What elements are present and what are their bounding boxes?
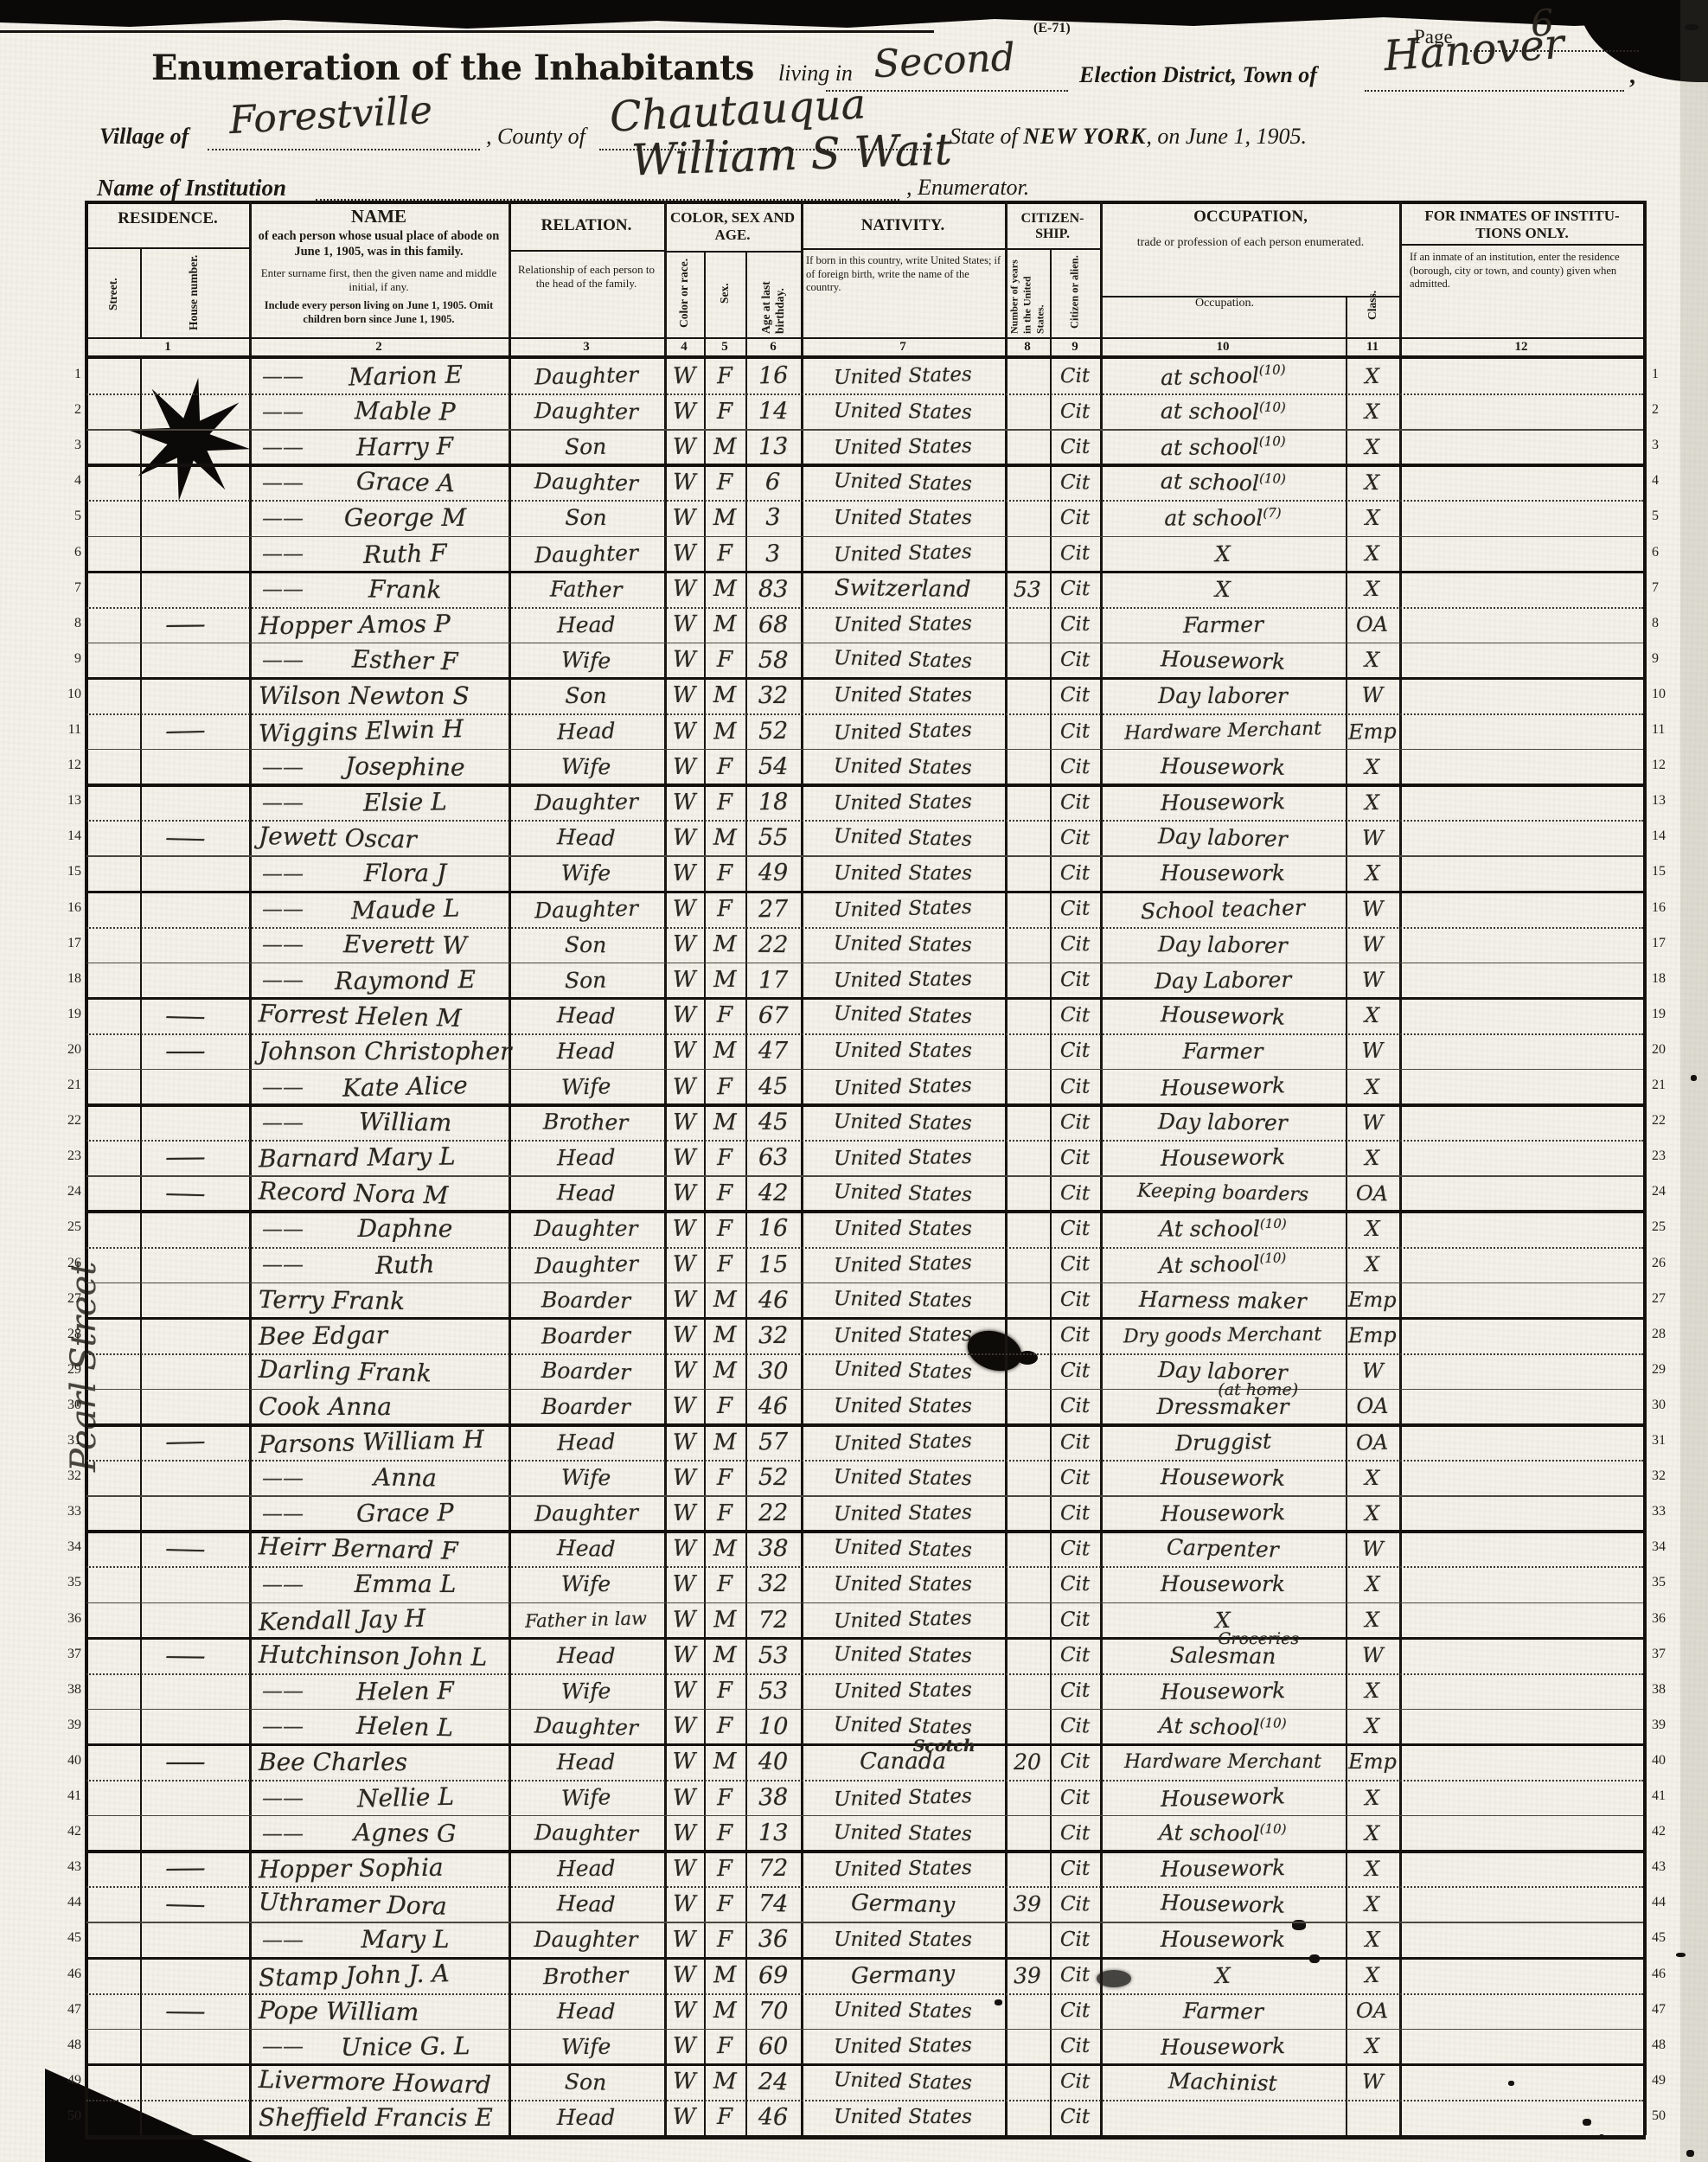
handwriting: M [713,1642,737,1668]
row-43-color: W [665,1851,703,1886]
row-16-color: W [665,892,703,927]
row-9-color: W [665,643,703,678]
row-13-occupation: Housework [1101,784,1345,820]
row-28-sex: M [705,1318,745,1353]
handwriting: Emma L [355,1570,457,1598]
handwriting: at school(10) [1160,398,1285,425]
row-36-sex: M [705,1602,745,1638]
row-34-citizen: Cit [1051,1531,1099,1566]
row-8-occupation: Farmer [1101,607,1345,643]
row-37-age: 53 [746,1638,800,1673]
row-41-age: 38 [746,1780,800,1815]
row-17-occupation: Day laborer [1101,927,1345,963]
handwriting: Cit [1060,1110,1091,1133]
handwriting: United States [834,1218,972,1240]
handwriting: X [1365,1928,1379,1952]
citizen-label: Citizen or alien. [1052,251,1098,334]
handwriting: W [672,398,695,424]
row-25-nativity: United States [802,1211,1004,1246]
row-number-left: 45 [52,1930,81,1946]
row-11-citizen: Cit [1051,713,1099,749]
row-48-class: X [1347,2029,1398,2064]
handwriting: W [672,1607,695,1634]
handwriting: Hutchinson John L [250,1640,488,1671]
handwriting: Keeping boarders [1137,1180,1309,1206]
handwriting: Esther F [352,644,458,675]
row-39-sex: F [705,1709,745,1744]
name-desc2: Enter surname first, then the given name… [259,266,498,295]
row-35-occupation: Housework [1101,1566,1345,1602]
row-48-sex: F [705,2029,745,2064]
row-33-age: 22 [746,1495,800,1531]
handwriting: Cit [1060,826,1091,849]
handwriting: United States [834,1323,972,1347]
handwriting: Cit [1060,1609,1091,1632]
grid-line [1100,296,1399,297]
handwriting: 72 [758,1606,788,1634]
row-25-color: W [665,1211,703,1246]
handwriting: United States [834,400,972,424]
handwriting: W [673,2104,696,2130]
row-31-name: Parsons William H [250,1424,507,1460]
handwriting: W [672,1820,695,1845]
row-38-class: X [1347,1673,1398,1709]
handwriting: 38 [758,1535,788,1563]
row-number-left: 49 [52,2073,81,2088]
handwriting: OA [1356,1394,1388,1418]
handwriting: W [672,576,695,602]
handwriting: United States [834,790,972,815]
row-11-relation: Head [509,713,662,749]
handwriting: —— [250,577,304,601]
state-name: NEW YORK [1023,124,1146,149]
handwriting: 49 [758,860,788,886]
handwriting: Boarder [541,1358,631,1385]
row-16-sex: F [705,892,745,927]
row-23-sex: F [705,1140,745,1175]
grid-line [1399,244,1643,246]
school-months-note: (10) [1260,1216,1287,1231]
handwriting: OA [1356,1430,1389,1455]
handwriting: Cit [1060,1644,1091,1666]
handwriting: United States [834,647,972,673]
handwriting: X [1365,363,1380,387]
handwriting: X [1365,1146,1379,1170]
row-50-age: 46 [746,2100,800,2135]
row-34-name: Heirr Bernard F [250,1531,507,1566]
handwriting: 3 [765,540,781,566]
handwriting: — [125,1995,206,2026]
handwriting: United States [834,1395,972,1417]
handwriting: W [672,647,695,674]
school-months-note: (10) [1259,399,1286,414]
row-number-left: 35 [52,1575,81,1590]
handwriting: Cit [1060,1573,1090,1596]
handwriting: Cit [1060,1858,1091,1880]
handwriting: United States [834,684,972,707]
scan-speck [1686,2150,1694,2157]
row-42-citizen: Cit [1051,1815,1099,1851]
handwriting: 32 [758,1322,789,1349]
handwriting: — [125,822,207,854]
handwriting: W [673,1393,696,1419]
row-32-sex: F [705,1460,745,1495]
handwriting: Machinist [1168,2068,1277,2095]
handwriting: —— [250,470,304,495]
column-number-12: 12 [1495,338,1547,355]
handwriting: X [1215,1962,1231,1987]
row-4-name: ——Grace A [250,464,507,500]
row-23-occupation: Housework [1101,1140,1345,1175]
row-30-occupation: Dressmaker(at home) [1101,1389,1345,1424]
row-48-color: W [665,2029,703,2064]
row-number-left: 47 [52,2002,81,2018]
row-28-relation: Boarder [509,1318,662,1353]
row-39-class: X [1347,1709,1398,1744]
handwriting: W [672,825,695,852]
handwriting: 60 [758,2033,789,2060]
row-number-right: 2 [1652,402,1681,418]
census-scan-page: (E-71) Page 6 Enumeration of the Inhabit… [0,0,1708,2162]
row-42-nativity: United States [802,1815,1004,1851]
row-16-name: ——Maude L [250,892,507,927]
handwriting: —— [250,897,304,921]
row-12-sex: F [705,749,745,784]
row-27-occupation: Harness maker [1101,1282,1345,1318]
row-13-sex: F [705,784,745,820]
row-12-occupation: Housework [1101,749,1345,784]
handwriting: Pope William [250,1995,419,2025]
row-12-nativity: United States [802,749,1004,784]
handwriting: —— [250,968,304,992]
handwriting: W [672,1464,695,1490]
row-number-left: 8 [52,616,81,631]
handwriting: 10 [758,1712,788,1740]
school-months-note: (10) [1258,470,1285,487]
row-6-citizen: Cit [1051,536,1099,572]
handwriting: 18 [758,789,789,816]
handwriting: —— [250,400,304,424]
row-8-relation: Head [509,607,662,643]
row-13-age: 18 [746,784,800,820]
handwriting: W [1361,897,1383,922]
row-number-left: 9 [52,651,81,667]
handwriting: 16 [758,1215,788,1242]
row-33-citizen: Cit [1051,1495,1099,1531]
handwriting: W [672,1500,695,1526]
grid-line [1643,201,1647,2135]
handwriting: United States [834,968,972,992]
handwriting: 14 [758,398,789,425]
handwriting: M [713,967,737,993]
grid-line [1005,201,1008,2135]
handwriting: M [713,931,737,957]
row-20-color: W [665,1033,703,1069]
handwriting: F [717,754,732,780]
handwriting: Head [556,1536,615,1563]
row-number-left: 18 [52,971,81,987]
handwriting: Housework [1161,646,1286,675]
grid-line [86,247,249,249]
handwriting: Harness maker [1139,1286,1307,1313]
row-15-occupation: Housework [1101,855,1345,891]
handwriting: Housework [1161,1927,1285,1952]
row-13-relation: Daughter [509,784,662,820]
row-37-nativity: United States [802,1638,1004,1673]
row-16-nativity: United States [802,892,1004,927]
handwriting: United States [834,896,972,922]
handwriting: Cit [1060,613,1091,636]
pencil-star-mark [113,364,264,515]
row-45-sex: F [705,1922,745,1957]
handwriting: M [713,718,736,745]
row-25-sex: F [705,1211,745,1246]
row-5-name: ——George M [250,500,507,535]
handwriting: —— [250,1572,304,1596]
handwriting: Wife [560,647,611,673]
row-number-left: 32 [52,1468,81,1484]
row-21-relation: Wife [509,1069,662,1104]
row-39-relation: Daughter [509,1709,662,1744]
handwriting: X [1365,790,1379,815]
row-number-left: 44 [52,1895,81,1910]
row-27-color: W [665,1282,703,1318]
row-number-right: 25 [1652,1219,1681,1235]
handwriting: X [1365,541,1380,566]
row-20-name: Johnson Christopher [250,1033,507,1069]
handwriting: Wife [561,1465,611,1491]
row-19-class: X [1347,998,1398,1033]
handwriting: F [717,1678,732,1704]
row-12-color: W [665,749,703,784]
row-14-occupation: Day laborer [1101,820,1345,855]
row-31-house-dash: — [141,1424,248,1460]
handwriting: Unice G. L [341,2031,470,2062]
row-1-sex: F [705,358,745,393]
row-40-nativity: CanadaScotch [802,1744,1004,1780]
handwriting: Cit [1060,364,1091,387]
row-number-right: 46 [1652,1967,1681,1982]
handwriting: Bee Edgar [250,1321,387,1351]
row-3-relation: Son [509,429,662,464]
row-number-right: 49 [1652,2073,1681,2088]
row-39-citizen: Cit [1051,1709,1099,1744]
row-24-relation: Head [509,1175,662,1211]
row-31-sex: M [705,1424,745,1460]
row-38-name: ——Helen F [250,1673,507,1709]
handwriting: Flora J [364,859,446,887]
row-7-name: ——Frank [250,572,507,607]
handwriting: Cit [1060,1537,1091,1560]
row-30-citizen: Cit [1051,1389,1099,1424]
row-22-citizen: Cit [1051,1104,1099,1140]
town-comma: , [1629,62,1635,90]
row-4-citizen: Cit [1051,464,1099,500]
row-46-class: X [1347,1958,1398,1993]
row-25-occupation: At school(10) [1101,1211,1345,1246]
row-22-name: ——William [250,1104,507,1140]
handwriting: 72 [758,1855,789,1882]
row-40-citizen: Cit [1051,1744,1099,1780]
handwriting: Son [565,967,607,993]
handwriting: United States [834,2069,972,2095]
row-46-occupation: X [1101,1958,1345,1993]
row-35-citizen: Cit [1051,1566,1099,1602]
row-50-nativity: United States [802,2100,1004,2135]
handwriting: Ruth [375,1250,435,1280]
handwriting: OA [1356,1999,1388,2023]
handwriting: X [1365,1714,1380,1738]
handwriting: United States [834,435,972,459]
row-number-left: 46 [52,1967,81,1982]
handwriting: W [672,1429,695,1455]
row-7-class: X [1347,572,1398,607]
row-11-house-dash: — [141,713,248,749]
row-16-age: 27 [746,892,800,927]
occupation-note: Groceries [1218,1629,1299,1648]
row-40-sex: M [705,1744,745,1780]
row-number-right: 5 [1652,509,1681,524]
handwriting: United States [834,1466,972,1490]
handwriting: M [713,1607,736,1634]
row-33-name: ——Grace P [250,1495,507,1531]
row-1-class: X [1347,358,1398,393]
handwriting: 55 [758,824,788,852]
row-number-left: 28 [52,1327,81,1342]
handwriting: Head [556,1002,615,1029]
handwriting: Farmer [1182,1998,1263,2024]
handwriting: Daughter [534,469,638,496]
handwriting: United States [834,755,972,779]
row-number-left: 20 [52,1042,81,1058]
grid-line [140,249,142,337]
row-14-class: W [1347,820,1398,855]
row-45-relation: Daughter [509,1922,662,1957]
handwriting: OA [1356,612,1388,636]
row-28-citizen: Cit [1051,1318,1099,1353]
row-47-color: W [665,1993,703,2029]
row-24-age: 42 [746,1175,800,1211]
handwriting: United States [834,540,972,566]
column-number-2: 2 [353,338,405,355]
handwriting: Head [557,1856,616,1882]
row-28-class: Emp [1347,1318,1398,1353]
row-33-color: W [665,1495,703,1531]
row-29-nativity: United States [802,1353,1004,1389]
row-38-citizen: Cit [1051,1673,1099,1709]
row-44-color: W [665,1886,703,1922]
row-31-nativity: United States [802,1424,1004,1460]
row-39-color: W [665,1709,703,1744]
row-49-sex: M [705,2064,745,2100]
row-20-relation: Head [509,1033,662,1069]
handwriting: Hopper Amos P [250,609,451,640]
relation-title: RELATION. [510,216,662,235]
row-16-class: W [1347,892,1398,927]
handwriting: Wife [561,1571,611,1596]
row-number-left: 25 [52,1219,81,1235]
handwriting: Daughter [534,1500,637,1526]
row-47-sex: M [705,1993,745,2029]
row-15-class: X [1347,855,1398,891]
handwriting: 36 [758,1926,788,1953]
handwriting: M [713,576,737,602]
inmates-desc: If an inmate of an institution, enter th… [1410,251,1634,291]
row-number-right: 44 [1652,1895,1681,1910]
handwriting: Head [556,1891,615,1918]
row-number-right: 11 [1652,722,1681,738]
row-9-name: ——Esther F [250,643,507,678]
handwriting: Cit [1060,578,1091,600]
form-code: (E-71) [1033,21,1071,36]
handwriting: Cit [1060,1466,1091,1488]
row-number-left: 13 [52,793,81,809]
handwriting: United States [834,1039,972,1062]
row-13-nativity: United States [802,784,1004,820]
handwriting: Cit [1060,1359,1091,1383]
row-19-relation: Head [509,998,662,1033]
column-number-8: 8 [1001,338,1053,355]
row-26-relation: Daughter [509,1247,662,1282]
handwriting: United States [834,1251,972,1277]
row-49-nativity: United States [802,2064,1004,2100]
name-desc3: Include every person living on June 1, 1… [259,299,498,326]
row-number-left: 19 [52,1007,81,1022]
handwriting: Daughter [534,1712,638,1740]
handwriting: W [672,896,695,923]
handwriting: —— [250,1252,304,1276]
color-label: Color or race. [666,253,702,334]
row-23-relation: Head [509,1140,662,1175]
row-44-age: 74 [746,1886,800,1922]
row-number-left: 24 [52,1184,81,1199]
handwriting: Livermore Howard [250,2064,492,2099]
row-number-right: 38 [1652,1682,1681,1698]
handwriting: Daughter [534,1251,638,1278]
handwriting: 47 [758,1038,788,1065]
handwriting: Ruth F [363,538,448,568]
row-28-color: W [665,1318,703,1353]
scan-speck [1583,2119,1591,2126]
row-41-sex: F [705,1780,745,1815]
handwriting: Head [556,1180,615,1207]
row-42-relation: Daughter [509,1815,662,1851]
handwriting: W [673,1216,696,1242]
handwriting: Cit [1060,2035,1091,2057]
row-40-relation: Head [509,1744,662,1780]
row-7-occupation: X [1101,572,1345,607]
handwriting: United States [834,1643,972,1667]
row-44-house-dash: — [141,1886,248,1922]
row-8-name: Hopper Amos P [250,607,507,643]
handwriting: —— [250,2034,304,2058]
row-3-citizen: Cit [1051,429,1099,464]
handwriting: United States [834,1288,972,1312]
row-43-house-dash: — [141,1851,248,1886]
relation-desc: Relationship of each person to the head … [517,263,656,291]
row-6-color: W [665,536,703,572]
handwriting: Cit [1060,1181,1091,1205]
handwriting: 17 [758,967,789,994]
handwriting: United States [834,1821,972,1845]
row-17-nativity: United States [802,927,1004,963]
row-number-left: 3 [52,438,81,453]
row-38-sex: F [705,1673,745,1709]
handwriting: Farmer [1182,611,1263,637]
school-months-note: (10) [1258,433,1285,449]
row-29-sex: M [705,1353,745,1389]
row-number-left: 14 [52,828,81,844]
